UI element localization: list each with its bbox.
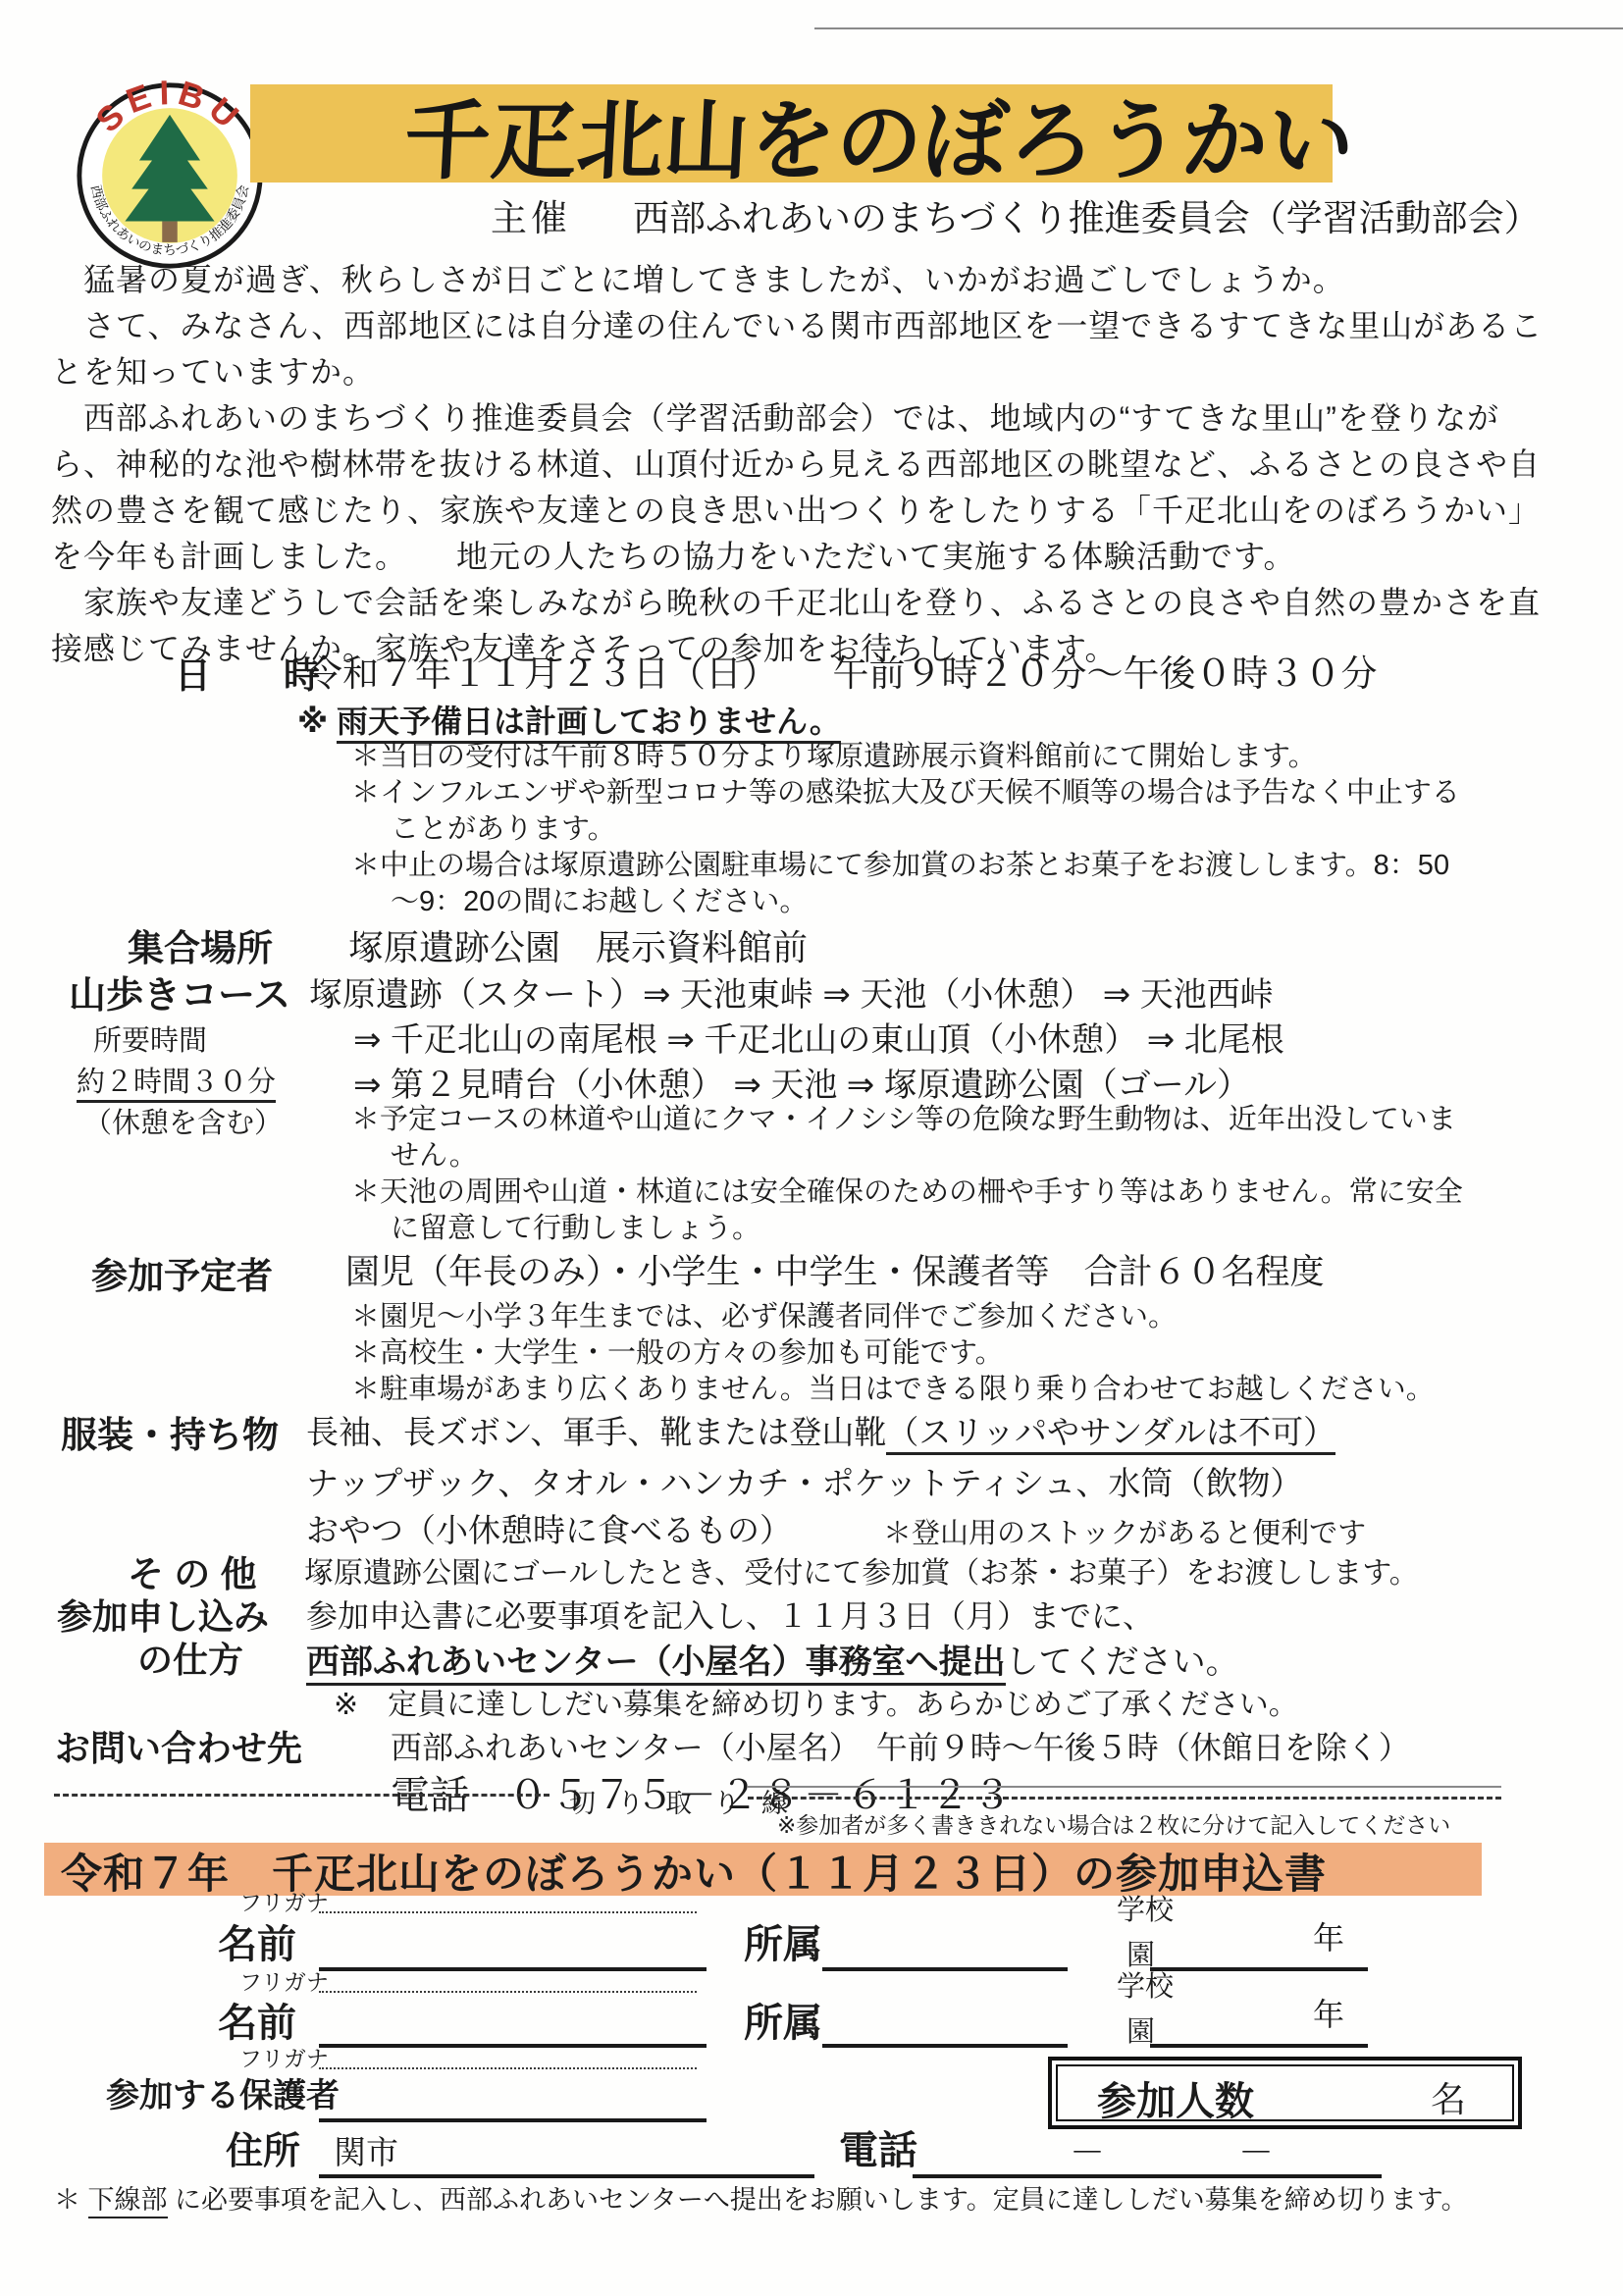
footer-rest: に必要事項を記入し、西部ふれあいセンターへ提出をお願いします。定員に達ししだい募…: [168, 2185, 1468, 2215]
contact-line-1: 西部ふれあいセンター（小屋名） 午前９時～午後５時（休館日を除く）: [391, 1729, 1410, 1767]
intro-line: 然の豊さを観て感じたり、家族や友達との良き思い出つくりをしたりする「千疋北山をの…: [51, 492, 1541, 530]
clothing-stick-note: ＊登山用のストックがあると便利です: [883, 1517, 1366, 1551]
footer-mark: ＊: [54, 2185, 88, 2215]
application-line-2: 西部ふれあいセンター（小屋名）事務室へ提出してください。: [306, 1643, 1239, 1683]
clothing-line-1: 長袖、長ズボン、軍手、靴または登山靴（スリッパやサンダルは不可）: [306, 1413, 1335, 1452]
course-bullet: ＊予定コースの林道や山道にクマ・イノシシ等の危険な野生動物は、近年出没していま: [351, 1103, 1456, 1137]
cutline-text: 切り取り線: [569, 1788, 810, 1820]
intro-line: 家族や友達どうしで会話を楽しみながら晩秋の千疋北山を登り、ふるさとの良さや自然の…: [51, 584, 1541, 622]
footer-underlined: 下線部: [88, 2185, 168, 2218]
form-footer-note: ＊ 下線部 に必要事項を記入し、西部ふれあいセンターへ提出をお願いします。定員に…: [54, 2184, 1468, 2217]
datetime-bullet: ＊中止の場合は塚原遺跡公園駐車場にて参加賞のお茶とお菓子をお渡しします。8：50: [351, 849, 1449, 883]
phone-field-line[interactable]: [913, 2131, 1382, 2178]
participant-count-box: 参加人数 名: [1048, 2057, 1522, 2129]
furigana-field-line[interactable]: [319, 2048, 697, 2069]
intro-line: とを知っていますか。: [51, 353, 375, 391]
section-label-other: そ の 他: [128, 1552, 257, 1596]
participants-bullet: ＊駐車場があまり広くありません。当日はできる限り乗り合わせてお越しください。: [351, 1373, 1435, 1407]
course-time-label: 所要時間: [93, 1024, 207, 1059]
logo-tree-trunk-icon: [162, 222, 178, 242]
datetime-bullet-cont: ～9：20の間にお越しください。: [391, 885, 808, 919]
datetime-bullet-cont: ことがあります。: [391, 812, 616, 847]
course-route-3: ⇒ 第２見晴台（小休憩） ⇒ 天池 ⇒ 塚原遺跡公園（ゴール）: [353, 1066, 1250, 1106]
scan-artifact-line: [814, 27, 1623, 29]
cutline-left: [54, 1794, 550, 1797]
course-time-note: （休憩を含む）: [83, 1107, 283, 1141]
rain-note-text: 雨天予備日は計画しておりません。: [337, 704, 841, 744]
name-field-line[interactable]: [319, 1923, 707, 1971]
section-label-clothing: 服装・持ち物: [61, 1413, 279, 1457]
datetime-rain-note: ※ 雨天予備日は計画しておりません。: [297, 703, 841, 741]
section-label-course: 山歩きコース: [69, 973, 290, 1018]
year-field-line[interactable]: [1150, 1923, 1368, 1971]
datetime-value: 令和７年１１月２３日（日） 午前９時２０分～午後０時３０分: [306, 652, 1378, 696]
phone-label: 電話: [839, 2127, 917, 2175]
cutline-right: [748, 1797, 1501, 1800]
address-label: 住所: [226, 2129, 300, 2174]
furigana-label: フリガナ: [239, 2045, 329, 2072]
name-label: 名前: [218, 2000, 296, 2048]
affiliation-label: 所属: [744, 2000, 822, 2048]
rain-note-mark: ※: [297, 704, 328, 739]
furigana-label: フリガナ: [239, 1968, 329, 1996]
application-note: ※ 定員に達ししだい募集を締め切ります。あらかじめご了承ください。: [334, 1688, 1298, 1724]
datetime-bullet: ＊インフルエンザや新型コロナ等の感染拡大及び天候不順等の場合は予告なく中止する: [351, 776, 1460, 810]
clothing-items: 長袖、長ズボン、軍手、靴または登山靴: [306, 1414, 886, 1450]
furigana-label: フリガナ: [239, 1889, 329, 1916]
guardian-label: 参加する保護者: [106, 2076, 340, 2116]
count-label: 参加人数: [1097, 2070, 1254, 2126]
name-field-line[interactable]: [319, 2000, 707, 2048]
participants-value: 園児（年長のみ）・小学生・中学生・保護者等 合計６０名程度: [345, 1252, 1325, 1294]
intro-line: を今年も計画しました。 地元の人たちの協力をいただいて実施する体験活動です。: [51, 538, 1295, 576]
furigana-field-line[interactable]: [319, 1971, 697, 1993]
section-label-application-1: 参加申し込み: [57, 1595, 269, 1639]
application-line-1: 参加申込書に必要事項を記入し、１１月３日（月）までに、: [306, 1597, 1154, 1636]
seibu-logo: SEIBU 西部ふれあいのまちづくり推進委員会: [75, 80, 265, 271]
section-label-meeting: 集合場所: [128, 926, 273, 970]
organizer-label: 主催: [491, 196, 571, 240]
intro-line: さて、みなさん、西部地区には自分達の住んでいる関市西部地区を一望できるすてきな里…: [51, 307, 1543, 345]
clothing-line-3: おやつ（小休憩時に食べるもの）: [306, 1511, 792, 1550]
cutline-right-thin: [748, 1786, 1501, 1788]
participant-count-box-inner: 参加人数 名: [1056, 2064, 1514, 2121]
year-field-line[interactable]: [1150, 2000, 1368, 2048]
course-route-1: 塚原遺跡（スタート）⇒ 天池東峠 ⇒ 天池（小休憩） ⇒ 天池西峠: [309, 975, 1274, 1016]
clothing-line-2: ナップザック、タオル・ハンカチ・ポケットティシュ、水筒（飲物）: [306, 1464, 1302, 1503]
section-label-contact: お問い合わせ先: [55, 1727, 302, 1770]
page-title: 千疋北山をのぼろうかい: [401, 88, 1357, 193]
count-unit: 名: [1431, 2072, 1466, 2122]
application-submit-underlined: 西部ふれあいセンター（小屋名）事務室へ提出: [306, 1644, 1006, 1686]
meeting-value: 塚原遺跡公園 展示資料館前: [348, 926, 808, 969]
intro-line: 猛暑の夏が過ぎ、秋らしさが日ごとに増してきましたが、いかがお過ごしでしょうか。: [51, 261, 1345, 299]
application-submit-rest: してください。: [1006, 1644, 1239, 1681]
cutline-note: ※参加者が多く書ききれない場合は２枚に分けて記入してください: [777, 1811, 1450, 1839]
course-bullet: ＊天池の周囲や山道・林道には安全確保のための柵や手すり等はありません。常に安全: [351, 1175, 1463, 1210]
section-label-application-2: の仕方: [137, 1639, 243, 1682]
organizer-name: 西部ふれあいのまちづくり推進委員会（学習活動部会）: [633, 196, 1541, 240]
participants-bullet: ＊園児～小学３年生までは、必ず保護者同伴でご参加ください。: [351, 1300, 1177, 1334]
course-bullet-cont: せん。: [391, 1139, 478, 1174]
clothing-no-sandals: （スリッパやサンダルは不可）: [886, 1414, 1335, 1455]
guardian-field-line[interactable]: [319, 2074, 707, 2122]
other-value: 塚原遺跡公園にゴールしたとき、受付にて参加賞（お茶・お菓子）をお渡しします。: [304, 1556, 1419, 1592]
datetime-bullet: ＊当日の受付は午前８時５０分より塚原遺跡展示資料館前にて開始します。: [351, 740, 1317, 774]
course-bullet-cont: に留意して行動しましょう。: [391, 1212, 760, 1246]
affiliation-field-line[interactable]: [822, 1923, 1068, 1971]
participants-bullet: ＊高校生・大学生・一般の方々の参加も可能です。: [351, 1336, 1004, 1371]
affiliation-field-line[interactable]: [822, 2000, 1068, 2048]
address-field-line[interactable]: [319, 2131, 814, 2178]
intro-line: 西部ふれあいのまちづくり推進委員会（学習活動部会）では、地域内の“すてきな里山”…: [51, 399, 1499, 438]
affiliation-label: 所属: [744, 1921, 822, 1969]
course-time-underlined: 約２時間３０分: [77, 1067, 276, 1103]
section-label-participants: 参加予定者: [91, 1254, 273, 1298]
intro-line: ら、神秘的な池や樹林帯を抜ける林道、山頂付近から見える西部地区の眺望など、ふるさ…: [51, 445, 1541, 484]
name-label: 名前: [218, 1921, 296, 1969]
course-route-2: ⇒ 千疋北山の南尾根 ⇒ 千疋北山の東山頂（小休憩） ⇒ 北尾根: [353, 1020, 1284, 1061]
section-label-datetime: 日 時: [175, 653, 320, 698]
furigana-field-line[interactable]: [319, 1892, 697, 1913]
course-time-value: 約２時間３０分: [77, 1066, 276, 1100]
flyer-page: SEIBU 西部ふれあいのまちづくり推進委員会 千疋北山をのぼろうかい 主催 西…: [0, 0, 1623, 2296]
